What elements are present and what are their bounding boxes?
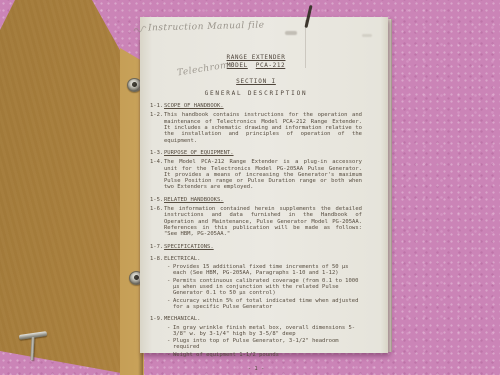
para-number: 1-2.: [150, 112, 164, 143]
grommet-hole: [134, 275, 139, 280]
spec-item: - Provides 15 additional fixed time incr…: [167, 264, 362, 277]
model-value: PCA-212: [256, 62, 286, 69]
para-subheading-text: ELECTRICAL.: [164, 256, 362, 262]
typed-page-content: RANGE EXTENDER MODELPCA-212 SECTION I GE…: [150, 55, 362, 372]
para-number: 1-4.: [150, 159, 164, 190]
paragraph-1-5: 1-5. RELATED HANDBOOKS.: [150, 197, 362, 203]
para-number: 1-3.: [150, 150, 164, 156]
photo-of-manual-page: Instruction Manual file Telechrome RANGE…: [0, 0, 500, 375]
paragraph-1-1: 1-1. SCOPE OF HANDBOOK.: [150, 103, 362, 109]
mechanical-spec-list: - In gray wrinkle finish metal box, over…: [150, 325, 362, 358]
para-number: 1-8.: [150, 256, 164, 262]
paragraph-1-2: 1-2. This handbook contains instructions…: [150, 112, 362, 143]
para-number: 1-6.: [150, 206, 164, 237]
spec-text: Permits continuous calibrated coverage (…: [173, 278, 362, 297]
spec-text: Weight of equipment 1-1/2 pounds: [173, 352, 362, 358]
faint-stamp-mark: [285, 31, 297, 35]
paragraph-1-9: 1-9. MECHANICAL.: [150, 316, 362, 322]
page-number: - 1 -: [150, 366, 362, 372]
spec-item: - Permits continuous calibrated coverage…: [167, 278, 362, 297]
spec-text: Plugs into top of Pulse Generator, 3-1/2…: [173, 338, 362, 351]
paragraph-1-6: 1-6. The information contained herein su…: [150, 206, 362, 237]
para-number: 1-7.: [150, 244, 164, 250]
para-body-text: This handbook contains instructions for …: [164, 112, 362, 143]
para-number: 1-1.: [150, 103, 164, 109]
para-subheading-text: MECHANICAL.: [164, 316, 362, 322]
paragraph-1-4: 1-4. The Model PCA-212 Range Extender is…: [150, 159, 362, 190]
spec-text: Provides 15 additional fixed time increm…: [173, 264, 362, 277]
para-heading-text: RELATED HANDBOOKS.: [164, 197, 362, 203]
paragraph-1-8: 1-8. ELECTRICAL.: [150, 256, 362, 262]
section-title: SECTION I: [150, 79, 362, 85]
para-body-text: The Model PCA-212 Range Extender is a pl…: [164, 159, 362, 190]
pencil-scribble: [133, 24, 147, 34]
model-label: MODEL: [227, 62, 248, 69]
spec-item: - Accuracy within 5% of total indicated …: [167, 298, 362, 311]
para-number: 1-9.: [150, 316, 164, 322]
faint-stamp-mark: [362, 34, 372, 37]
chapter-title: GENERAL DESCRIPTION: [150, 91, 362, 97]
para-body-text: The information contained herein supplem…: [164, 206, 362, 237]
para-heading-text: SPECIFICATIONS.: [164, 244, 362, 250]
paragraph-1-7: 1-7. SPECIFICATIONS.: [150, 244, 362, 250]
spec-text: In gray wrinkle finish metal box, overal…: [173, 325, 362, 338]
doc-title: RANGE EXTENDER: [150, 55, 362, 61]
grommet-hole: [132, 82, 137, 87]
para-heading-text: PURPOSE OF EQUIPMENT.: [164, 150, 362, 156]
spec-item: - Plugs into top of Pulse Generator, 3-1…: [167, 338, 362, 351]
electrical-spec-list: - Provides 15 additional fixed time incr…: [150, 264, 362, 310]
paragraph-1-3: 1-3. PURPOSE OF EQUIPMENT.: [150, 150, 362, 156]
spec-text: Accuracy within 5% of total indicated ti…: [173, 298, 362, 311]
doc-model-line: MODELPCA-212: [150, 63, 362, 69]
para-number: 1-5.: [150, 197, 164, 203]
para-heading-text: SCOPE OF HANDBOOK.: [164, 103, 362, 109]
spec-item: - In gray wrinkle finish metal box, over…: [167, 325, 362, 338]
spec-item: - Weight of equipment 1-1/2 pounds: [167, 352, 362, 358]
